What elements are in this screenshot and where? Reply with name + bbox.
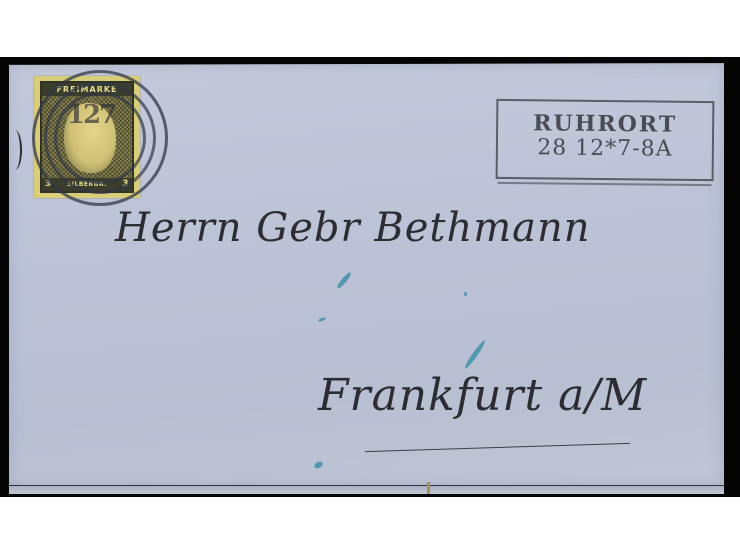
numeral-ring-cancel: [32, 70, 168, 206]
address-line-city: Frankfurt a/M: [318, 370, 647, 421]
fold-notch: [427, 482, 430, 494]
margin-pen-stroke: [8, 130, 22, 170]
blue-crayon-mark: [464, 292, 467, 296]
postmark-town: RUHRORT: [498, 111, 712, 137]
postmark-date: 28 12*7-8A: [498, 135, 712, 163]
address-line-recipient: Herrn Gebr Bethmann: [115, 205, 591, 251]
boxed-town-postmark: RUHRORT 28 12*7-8A: [496, 99, 715, 181]
cover-fold-edge: [9, 485, 724, 494]
cancel-number: 127: [66, 100, 116, 130]
